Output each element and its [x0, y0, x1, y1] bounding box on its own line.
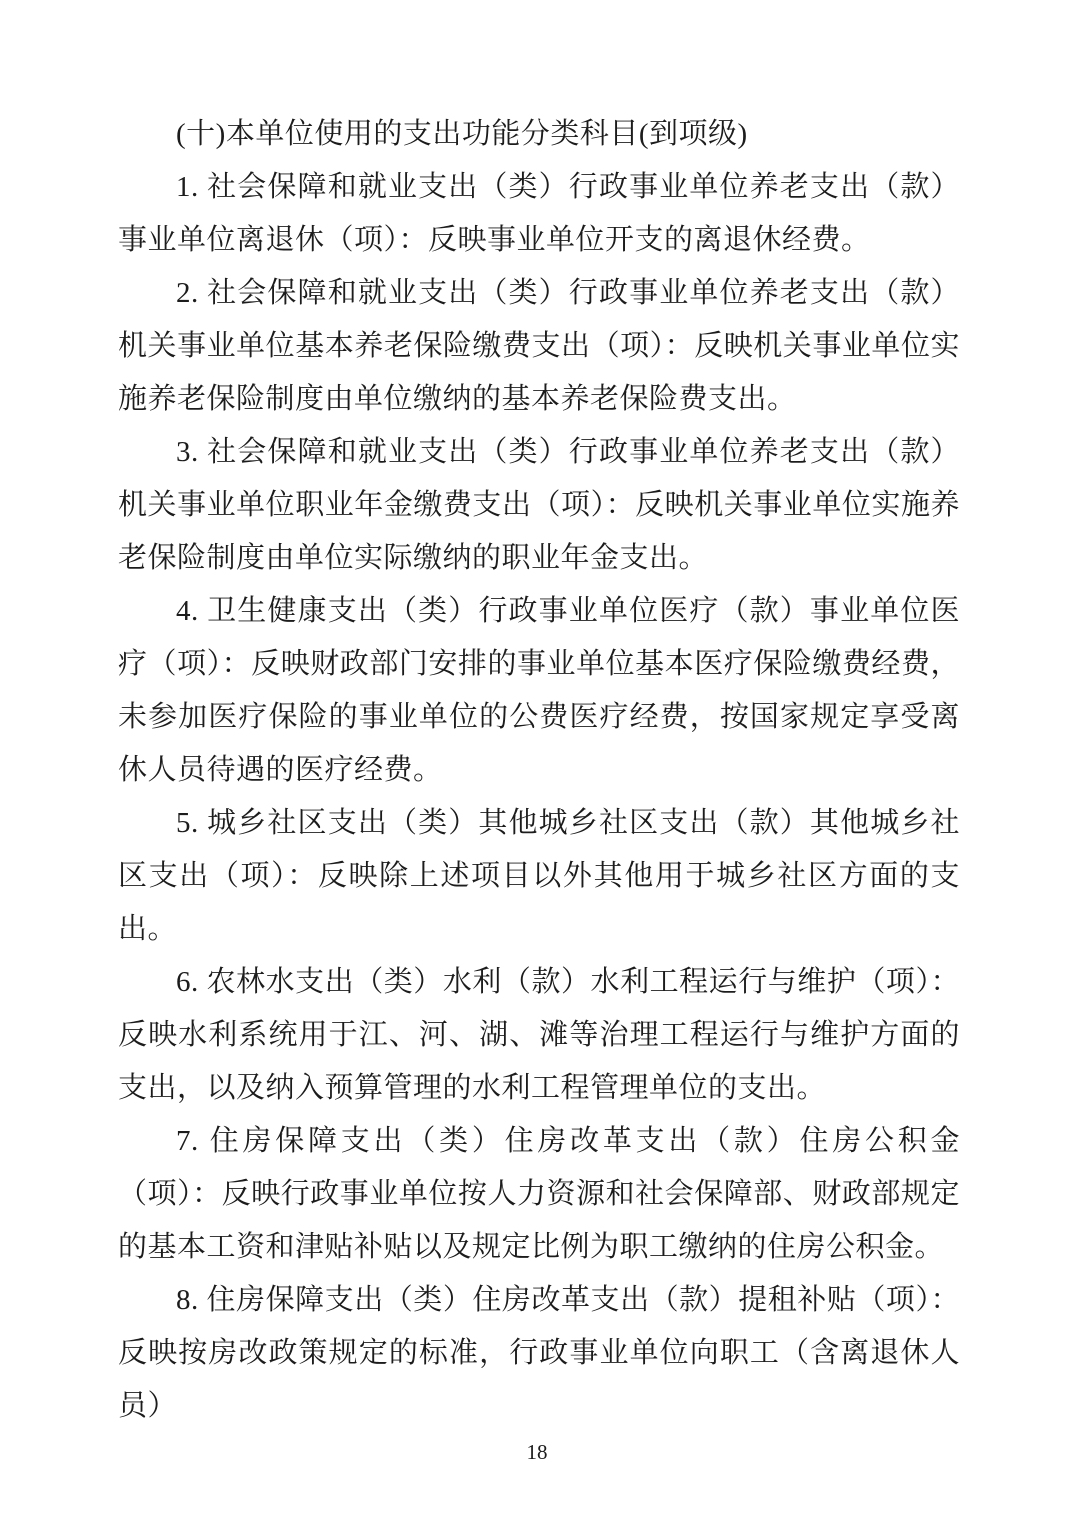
page-number: 18 — [0, 1438, 1074, 1466]
expense-item-5: 5. 城乡社区支出（类）其他城乡社区支出（款）其他城乡社区支出（项）：反映除上述… — [118, 797, 960, 956]
document-page: (十)本单位使用的支出功能分类科目(到项级) 1. 社会保障和就业支出（类）行政… — [0, 0, 1074, 1520]
expense-item-7: 7. 住房保障支出（类）住房改革支出（款）住房公积金（项）：反映行政事业单位按人… — [118, 1115, 960, 1274]
document-body: (十)本单位使用的支出功能分类科目(到项级) 1. 社会保障和就业支出（类）行政… — [118, 108, 960, 1433]
expense-item-1: 1. 社会保障和就业支出（类）行政事业单位养老支出（款）事业单位离退休（项）：反… — [118, 161, 960, 267]
expense-item-2: 2. 社会保障和就业支出（类）行政事业单位养老支出（款）机关事业单位基本养老保险… — [118, 267, 960, 426]
section-heading: (十)本单位使用的支出功能分类科目(到项级) — [118, 108, 960, 161]
expense-item-6: 6. 农林水支出（类）水利（款）水利工程运行与维护（项）：反映水利系统用于江、河… — [118, 956, 960, 1115]
expense-item-8: 8. 住房保障支出（类）住房改革支出（款）提租补贴（项）：反映按房改政策规定的标… — [118, 1274, 960, 1433]
expense-item-4: 4. 卫生健康支出（类）行政事业单位医疗（款）事业单位医疗（项）：反映财政部门安… — [118, 585, 960, 797]
expense-item-3: 3. 社会保障和就业支出（类）行政事业单位养老支出（款）机关事业单位职业年金缴费… — [118, 426, 960, 585]
